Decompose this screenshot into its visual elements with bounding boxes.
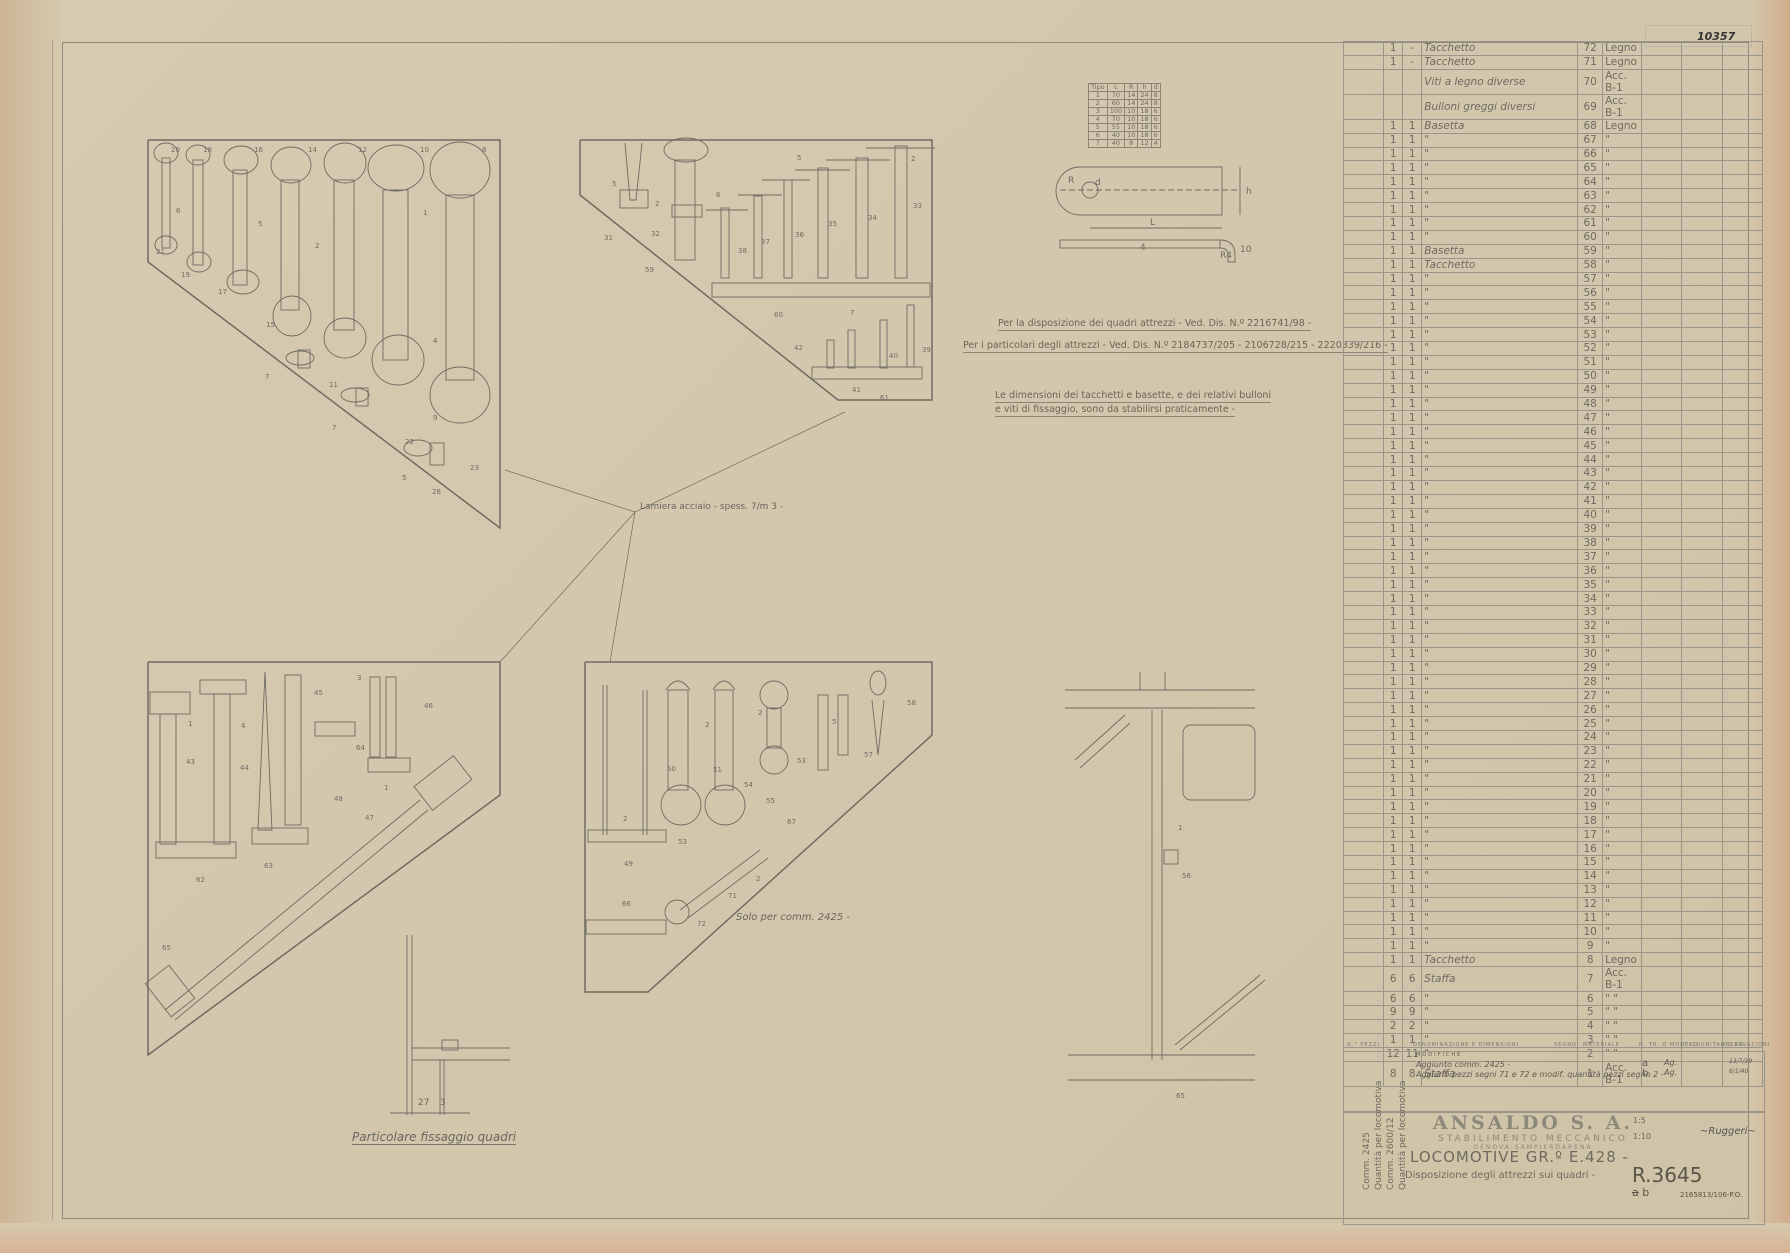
- qty-locomotive-1: 1: [1384, 230, 1403, 244]
- empty-cell: [1344, 175, 1384, 189]
- part-mark: 24: [1578, 730, 1603, 744]
- svg-text:32: 32: [651, 230, 660, 238]
- parts-table-row: 11"14": [1344, 869, 1763, 883]
- part-material: ": [1603, 564, 1642, 578]
- qty-locomotive-2: 1: [1403, 328, 1422, 342]
- parts-table-row: 11Basetta68Legno: [1344, 119, 1763, 133]
- svg-text:63: 63: [264, 862, 273, 870]
- part-mark: 60: [1578, 230, 1603, 244]
- model: [1642, 911, 1682, 925]
- dim-table-cell: 4: [1151, 140, 1160, 148]
- qty-locomotive-1: 1: [1384, 564, 1403, 578]
- parts-table-row: 11"24": [1344, 730, 1763, 744]
- weight: [1682, 828, 1722, 842]
- bracket-detail: [1056, 167, 1240, 262]
- part-material: ": [1603, 342, 1642, 356]
- parts-table-row: 11"28": [1344, 675, 1763, 689]
- svg-text:19: 19: [181, 271, 190, 279]
- qty-locomotive-2: 6: [1403, 967, 1422, 992]
- empty-cell: [1344, 425, 1384, 439]
- remarks: [1722, 244, 1762, 258]
- part-mark: 9: [1578, 939, 1603, 953]
- dim-table-row: 7408124: [1089, 140, 1161, 148]
- part-name: ": [1422, 939, 1578, 953]
- part-name: ": [1422, 522, 1578, 536]
- model: [1642, 550, 1682, 564]
- revision-mark: a b: [1632, 1186, 1649, 1199]
- part-name: ": [1422, 717, 1578, 731]
- qty-locomotive-1: 1: [1384, 342, 1403, 356]
- qty-locomotive-1: 1: [1384, 369, 1403, 383]
- weight: [1682, 286, 1722, 300]
- model: [1642, 605, 1682, 619]
- parts-table-row: 11"22": [1344, 758, 1763, 772]
- empty-cell: [1344, 883, 1384, 897]
- part-material: ": [1603, 480, 1642, 494]
- part-mark: 46: [1578, 425, 1603, 439]
- svg-text:59: 59: [645, 266, 654, 274]
- mod-a-date: 13/7/39: [1729, 1058, 1752, 1065]
- part-name: ": [1422, 758, 1578, 772]
- svg-text:31: 31: [604, 234, 613, 242]
- empty-cell: [1344, 244, 1384, 258]
- qty-locomotive-1: 1: [1384, 453, 1403, 467]
- part-name: ": [1422, 342, 1578, 356]
- empty-cell: [1344, 69, 1384, 94]
- svg-text:51: 51: [713, 766, 722, 774]
- empty-cell: [1344, 355, 1384, 369]
- part-mark: 61: [1578, 217, 1603, 231]
- remarks: [1722, 814, 1762, 828]
- part-mark: 16: [1578, 842, 1603, 856]
- empty-cell: [1344, 300, 1384, 314]
- part-mark: 37: [1578, 550, 1603, 564]
- remarks: [1722, 911, 1762, 925]
- parts-table-row: 11"65": [1344, 161, 1763, 175]
- svg-text:37: 37: [761, 238, 770, 246]
- part-mark: 62: [1578, 203, 1603, 217]
- svg-text:2: 2: [911, 155, 915, 163]
- weight: [1682, 689, 1722, 703]
- svg-text:67: 67: [787, 818, 796, 826]
- dim-table-cell: 12: [1138, 140, 1151, 148]
- model: [1642, 480, 1682, 494]
- empty-cell: [1344, 869, 1384, 883]
- part-name: ": [1422, 203, 1578, 217]
- empty-cell: [1344, 342, 1384, 356]
- svg-text:11: 11: [329, 381, 338, 389]
- parts-table-row: 11"10": [1344, 925, 1763, 939]
- part-mark: 65: [1578, 161, 1603, 175]
- qty-locomotive-1: 1: [1384, 480, 1403, 494]
- remarks: [1722, 800, 1762, 814]
- qty-locomotive-1: 1: [1384, 536, 1403, 550]
- svg-text:7: 7: [850, 309, 854, 317]
- qty-locomotive-2: 1: [1403, 550, 1422, 564]
- empty-cell: [1344, 480, 1384, 494]
- parts-table-row: 11"11": [1344, 911, 1763, 925]
- parts-table-row: 11Tacchetto58": [1344, 258, 1763, 272]
- qty-locomotive-2: 1: [1403, 480, 1422, 494]
- remarks: [1722, 133, 1762, 147]
- weight: [1682, 883, 1722, 897]
- part-name: ": [1422, 536, 1578, 550]
- signature: ~Ruggeri~: [1700, 1126, 1756, 1137]
- svg-text:10: 10: [420, 146, 429, 154]
- qty-locomotive-2: 1: [1403, 230, 1422, 244]
- part-material: ": [1603, 925, 1642, 939]
- part-material: ": [1603, 897, 1642, 911]
- remarks: [1722, 119, 1762, 133]
- part-material: ": [1603, 286, 1642, 300]
- remarks: [1722, 883, 1762, 897]
- svg-text:41: 41: [852, 386, 861, 394]
- svg-text:64: 64: [356, 744, 365, 752]
- empty-cell: [1344, 55, 1384, 69]
- remarks: [1722, 55, 1762, 69]
- qty-locomotive-2: 1: [1403, 508, 1422, 522]
- part-material: ": [1603, 619, 1642, 633]
- svg-text:2: 2: [655, 200, 659, 208]
- part-mark: 48: [1578, 397, 1603, 411]
- svg-text:35: 35: [828, 220, 837, 228]
- company-division: STABILIMENTO MECCANICO: [1398, 1134, 1668, 1144]
- weight: [1682, 522, 1722, 536]
- empty-cell: [1344, 842, 1384, 856]
- model: [1642, 703, 1682, 717]
- qty-locomotive-1: 1: [1384, 189, 1403, 203]
- part-name: ": [1422, 869, 1578, 883]
- model: [1642, 925, 1682, 939]
- weight: [1682, 1019, 1722, 1033]
- empty-cell: [1344, 467, 1384, 481]
- weight: [1682, 397, 1722, 411]
- qty-locomotive-2: 1: [1403, 647, 1422, 661]
- svg-text:1: 1: [1178, 824, 1182, 832]
- panel-keys: 22558 5051535754555367 2496627172: [585, 662, 932, 992]
- svg-text:57: 57: [864, 751, 873, 759]
- part-name: ": [1422, 897, 1578, 911]
- empty-cell: [1344, 911, 1384, 925]
- empty-cell: [1344, 703, 1384, 717]
- part-material: ": [1603, 675, 1642, 689]
- qty-locomotive-1: 1: [1384, 897, 1403, 911]
- part-mark: 34: [1578, 592, 1603, 606]
- parts-table-row: 11"67": [1344, 133, 1763, 147]
- section-view: [1065, 672, 1265, 1080]
- part-mark: 22: [1578, 758, 1603, 772]
- svg-text:65: 65: [162, 944, 171, 952]
- parts-table-row: 11"21": [1344, 772, 1763, 786]
- empty-cell: [1344, 217, 1384, 231]
- empty-cell: [1344, 383, 1384, 397]
- empty-cell: [1344, 786, 1384, 800]
- parts-table-row: 11"17": [1344, 828, 1763, 842]
- weight: [1682, 619, 1722, 633]
- weight: [1682, 42, 1722, 56]
- qty-locomotive-2: 1: [1403, 258, 1422, 272]
- parts-table-row: 11"49": [1344, 383, 1763, 397]
- model: [1642, 258, 1682, 272]
- remarks: [1722, 494, 1762, 508]
- weight: [1682, 161, 1722, 175]
- svg-text:56: 56: [1182, 872, 1191, 880]
- parts-table-row: 11"38": [1344, 536, 1763, 550]
- model: [1642, 411, 1682, 425]
- col-mark: SEGNO: [1554, 1042, 1577, 1048]
- model: [1642, 758, 1682, 772]
- part-material: ": [1603, 230, 1642, 244]
- company-name: ANSALDO S. A.: [1398, 1112, 1668, 1134]
- weight: [1682, 425, 1722, 439]
- model: [1642, 272, 1682, 286]
- qty-locomotive-2: 1: [1403, 717, 1422, 731]
- part-material: ": [1603, 939, 1642, 953]
- weight: [1682, 217, 1722, 231]
- remarks: [1722, 703, 1762, 717]
- model: [1642, 133, 1682, 147]
- model: [1642, 397, 1682, 411]
- qty-locomotive-2: 6: [1403, 992, 1422, 1006]
- weight: [1682, 133, 1722, 147]
- part-mark: 63: [1578, 189, 1603, 203]
- svg-text:62: 62: [196, 876, 205, 884]
- svg-text:33: 33: [913, 202, 922, 210]
- qty-locomotive-2: 1: [1403, 217, 1422, 231]
- svg-text:53: 53: [797, 757, 806, 765]
- empty-cell: [1344, 411, 1384, 425]
- part-mark: 52: [1578, 342, 1603, 356]
- empty-cell: [1344, 661, 1384, 675]
- part-name: ": [1422, 272, 1578, 286]
- qty-locomotive-2: 1: [1403, 383, 1422, 397]
- model: [1642, 189, 1682, 203]
- model: [1642, 828, 1682, 842]
- svg-text:54: 54: [744, 781, 753, 789]
- part-material: Acc. B-1: [1603, 967, 1642, 992]
- model: [1642, 69, 1682, 94]
- remarks: [1722, 939, 1762, 953]
- weight: [1682, 439, 1722, 453]
- part-mark: 69: [1578, 94, 1603, 119]
- svg-text:47: 47: [365, 814, 374, 822]
- part-material: ": [1603, 203, 1642, 217]
- svg-text:40: 40: [889, 352, 898, 360]
- remarks: [1722, 328, 1762, 342]
- empty-cell: [1344, 94, 1384, 119]
- part-material: ": [1603, 647, 1642, 661]
- mod-a-text: Aggiunto comm. 2425 -: [1416, 1060, 1510, 1069]
- part-material: ": [1603, 467, 1642, 481]
- qty-locomotive-2: 1: [1403, 286, 1422, 300]
- qty-locomotive-1: 1: [1384, 633, 1403, 647]
- parts-table-row: 22"4" ": [1344, 1019, 1763, 1033]
- part-name: ": [1422, 286, 1578, 300]
- qty-locomotive-1: 1: [1384, 328, 1403, 342]
- remarks: [1722, 217, 1762, 231]
- note-dimensions-line2: e viti di fissaggio, sono da stabilirsi …: [995, 404, 1235, 417]
- part-material: ": [1603, 786, 1642, 800]
- model: [1642, 244, 1682, 258]
- part-mark: 40: [1578, 508, 1603, 522]
- part-material: ": [1603, 800, 1642, 814]
- part-material: ": [1603, 758, 1642, 772]
- qty-locomotive-1: 1: [1384, 272, 1403, 286]
- empty-cell: [1344, 397, 1384, 411]
- model: [1642, 314, 1682, 328]
- parts-table-row: 1-Tacchetto71Legno: [1344, 55, 1763, 69]
- svg-text:5: 5: [612, 180, 616, 188]
- part-mark: 31: [1578, 633, 1603, 647]
- model: [1642, 744, 1682, 758]
- mods-header: MODIFICHE: [1416, 1052, 1462, 1058]
- svg-text:8: 8: [482, 146, 486, 154]
- part-material: " ": [1603, 1019, 1642, 1033]
- parts-table-row: 11"18": [1344, 814, 1763, 828]
- panel-spanners: 52652 3132383736353433 596074240394161: [580, 138, 935, 402]
- parts-table-row: 11"56": [1344, 286, 1763, 300]
- qty-locomotive-2: 1: [1403, 800, 1422, 814]
- qty-locomotive-2: 1: [1403, 619, 1422, 633]
- commission-2-label: Quantità per locomotiva: [1398, 1081, 1408, 1190]
- qty-locomotive-1: 1: [1384, 800, 1403, 814]
- qty-locomotive-2: 1: [1403, 661, 1422, 675]
- part-name: ": [1422, 619, 1578, 633]
- remarks: [1722, 467, 1762, 481]
- note-dimensions-line1: Le dimensioni dei tacchetti e basette, e…: [995, 390, 1271, 403]
- part-mark: 70: [1578, 69, 1603, 94]
- remarks: [1722, 992, 1762, 1006]
- part-name: Basetta: [1422, 244, 1578, 258]
- qty-locomotive-1: 1: [1384, 300, 1403, 314]
- svg-text:44: 44: [240, 764, 249, 772]
- svg-text:R: R: [1068, 176, 1074, 186]
- qty-locomotive-1: 1: [1384, 203, 1403, 217]
- qty-locomotive-2: 1: [1403, 467, 1422, 481]
- weight: [1682, 342, 1722, 356]
- note-tool-details-ref: Per i particolari degli attrezzi - Ved. …: [963, 340, 1388, 353]
- remarks: [1722, 897, 1762, 911]
- qty-locomotive-1: 1: [1384, 578, 1403, 592]
- qty-locomotive-1: 1: [1384, 355, 1403, 369]
- weight: [1682, 508, 1722, 522]
- qty-locomotive-2: 1: [1403, 675, 1422, 689]
- part-mark: 66: [1578, 147, 1603, 161]
- part-mark: 58: [1578, 258, 1603, 272]
- empty-cell: [1344, 133, 1384, 147]
- qty-locomotive-1: 1: [1384, 439, 1403, 453]
- part-name: ": [1422, 661, 1578, 675]
- remarks: [1722, 592, 1762, 606]
- empty-cell: [1344, 619, 1384, 633]
- qty-locomotive-2: 1: [1403, 203, 1422, 217]
- qty-locomotive-1: 1: [1384, 647, 1403, 661]
- part-mark: 10: [1578, 925, 1603, 939]
- remarks: [1722, 828, 1762, 842]
- svg-text:2: 2: [756, 875, 760, 883]
- qty-locomotive-2: 2: [1403, 1019, 1422, 1033]
- remarks: [1722, 314, 1762, 328]
- part-material: ": [1603, 605, 1642, 619]
- remarks: [1722, 258, 1762, 272]
- part-name: ": [1422, 855, 1578, 869]
- part-mark: 25: [1578, 717, 1603, 731]
- svg-text:28: 28: [432, 488, 441, 496]
- weight: [1682, 605, 1722, 619]
- remarks: [1722, 772, 1762, 786]
- parts-table-row: 11"30": [1344, 647, 1763, 661]
- qty-locomotive-1: 1: [1384, 703, 1403, 717]
- svg-text:7: 7: [265, 373, 269, 381]
- parts-table-row: 11"63": [1344, 189, 1763, 203]
- remarks: [1722, 425, 1762, 439]
- part-material: ": [1603, 536, 1642, 550]
- remarks: [1722, 925, 1762, 939]
- qty-locomotive-2: 1: [1403, 397, 1422, 411]
- part-name: Bulloni greggi diversi: [1422, 94, 1578, 119]
- empty-cell: [1344, 605, 1384, 619]
- part-material: ": [1603, 453, 1642, 467]
- parts-table-row: 11"64": [1344, 175, 1763, 189]
- svg-text:72: 72: [697, 920, 706, 928]
- part-material: ": [1603, 189, 1642, 203]
- qty-locomotive-1: 1: [1384, 42, 1403, 56]
- part-material: ": [1603, 744, 1642, 758]
- weight: [1682, 855, 1722, 869]
- remarks: [1722, 869, 1762, 883]
- drawing-subtitle: Disposizione degli attrezzi sui quadri -: [1405, 1170, 1595, 1181]
- remarks: [1722, 286, 1762, 300]
- remarks: [1722, 855, 1762, 869]
- qty-locomotive-1: [1384, 69, 1403, 94]
- remarks: [1722, 161, 1762, 175]
- part-mark: 44: [1578, 453, 1603, 467]
- qty-locomotive-1: 1: [1384, 258, 1403, 272]
- remarks: [1722, 147, 1762, 161]
- qty-locomotive-2: 1: [1403, 564, 1422, 578]
- model: [1642, 592, 1682, 606]
- empty-cell: [1344, 314, 1384, 328]
- remarks: [1722, 786, 1762, 800]
- part-mark: 19: [1578, 800, 1603, 814]
- parts-table-row: 11"27": [1344, 689, 1763, 703]
- drawing-title: LOCOMOTIVE GR.º E.428 -: [1410, 1148, 1629, 1166]
- model: [1642, 425, 1682, 439]
- parts-table-row: 1-Tacchetto72Legno: [1344, 42, 1763, 56]
- part-mark: 67: [1578, 133, 1603, 147]
- qty-locomotive-2: 1: [1403, 189, 1422, 203]
- qty-locomotive-1: 1: [1384, 689, 1403, 703]
- empty-cell: [1344, 772, 1384, 786]
- part-name: ": [1422, 453, 1578, 467]
- remarks: [1722, 661, 1762, 675]
- remarks: [1722, 383, 1762, 397]
- parts-table-row: 66"6" ": [1344, 992, 1763, 1006]
- parts-table-header: N.° PEZZI DENOMINAZIONE E DIMENSIONI SEG…: [1343, 1040, 1763, 1051]
- remarks: [1722, 842, 1762, 856]
- remarks: [1722, 480, 1762, 494]
- weight: [1682, 55, 1722, 69]
- part-mark: 68: [1578, 119, 1603, 133]
- part-name: ": [1422, 383, 1578, 397]
- model: [1642, 730, 1682, 744]
- parts-table-row: 11Tacchetto8Legno: [1344, 953, 1763, 967]
- only-for-commission-label: Solo per comm. 2425 -: [736, 912, 850, 923]
- empty-cell: [1344, 494, 1384, 508]
- qty-locomotive-2: 1: [1403, 355, 1422, 369]
- part-mark: 72: [1578, 42, 1603, 56]
- svg-text:2: 2: [758, 709, 762, 717]
